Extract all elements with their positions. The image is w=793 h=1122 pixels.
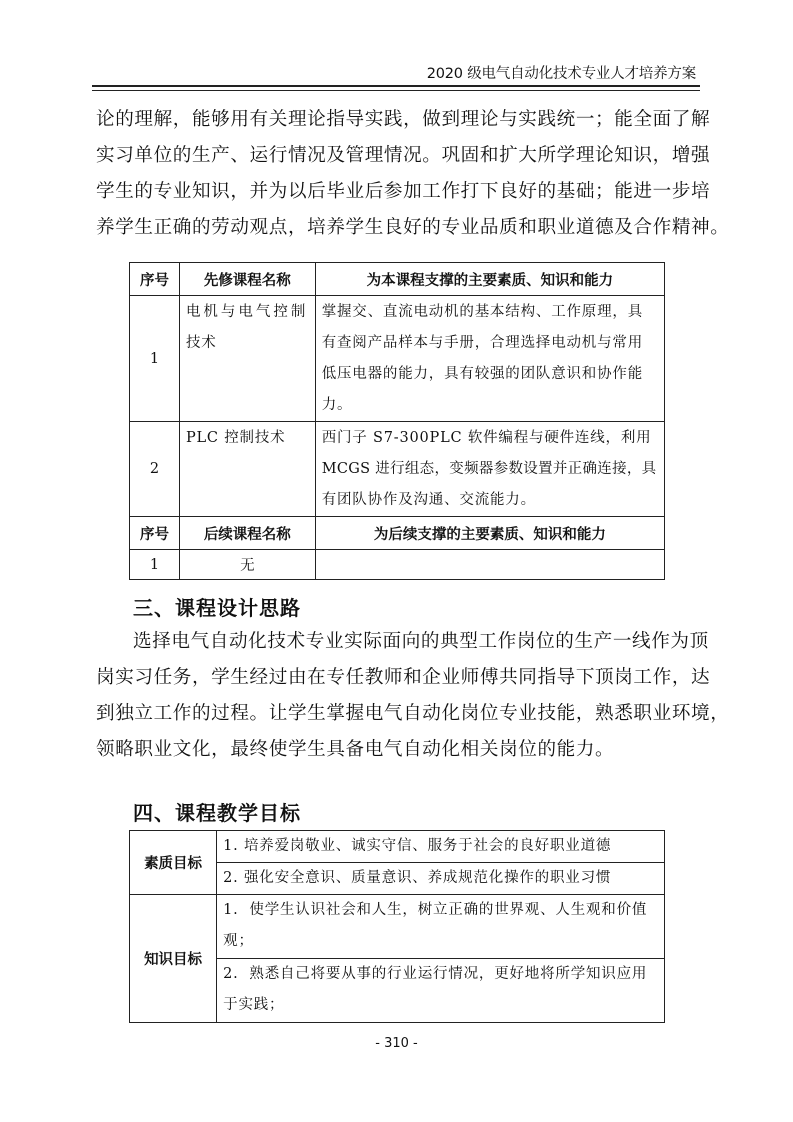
document-title: 2020 级电气自动化技术专业人才培养方案 [427,62,696,83]
support-line: 有团队协作及沟通、交流能力。 [322,485,658,516]
paragraph-line: 领略职业文化，最终使学生具备电气自动化相关岗位的能力。 [96,732,700,768]
paragraph-line: 论的理解，能够用有关理论指导实践，做到理论与实践统一；能全面了解 [96,102,700,138]
header-rule-thin [92,90,700,91]
goal-item-line: 观； [223,926,658,957]
column-header-index: 序号 [130,263,180,296]
page-header: 2020 级电气自动化技术专业人才培养方案 [92,62,700,90]
support-line: 力。 [322,390,658,421]
table-row: 知识目标 1. 使学生认识社会和人生，树立正确的世界观、人生观和价值 观； [130,895,665,959]
support-description: 西门子 S7-300PLC 软件编程与硬件连线，利用 MCGS 进行组态，变频器… [315,422,664,517]
table-row: 2 PLC 控制技术 西门子 S7-300PLC 软件编程与硬件连线，利用 MC… [130,422,665,517]
page-number: - 310 - [0,1036,793,1051]
intro-paragraph: 论的理解，能够用有关理论指导实践，做到理论与实践统一；能全面了解 实习单位的生产… [96,102,700,246]
goal-item: 2. 熟悉自己将要从事的行业运行情况，更好地将所学知识应用 于实践； [217,959,665,1023]
course-support-table: 序号 先修课程名称 为本课程支撑的主要素质、知识和能力 1 电机与电气控制 技术… [129,262,665,580]
course-name-line: 电机与电气控制 [186,297,309,328]
column-header-followup-name: 后续课程名称 [179,517,315,550]
column-header-followup-support: 为后续支撑的主要素质、知识和能力 [315,517,664,550]
table-row: 1 电机与电气控制 技术 掌握交、直流电动机的基本结构、工作原理，具 有查阅产品… [130,296,665,422]
paragraph-line: 实习单位的生产、运行情况及管理情况。巩固和扩大所学理论知识，增强 [96,138,700,174]
goal-item-line: 1. 使学生认识社会和人生，树立正确的世界观、人生观和价值 [223,895,658,926]
goal-item: 1. 培养爱岗敬业、诚实守信、服务于社会的良好职业道德 [217,831,665,863]
course-name-line: 技术 [186,328,309,359]
support-line: 低压电器的能力，具有较强的团队意识和协作能 [322,359,658,390]
section-heading: 三、课程设计思路 [133,592,301,621]
teaching-goals-table: 素质目标 1. 培养爱岗敬业、诚实守信、服务于社会的良好职业道德 2. 强化安全… [129,830,665,1023]
course-name-line: PLC 控制技术 [186,423,309,454]
paragraph-line: 养学生正确的劳动观点，培养学生良好的专业品质和职业道德及合作精神。 [96,210,700,246]
goal-category: 知识目标 [130,895,217,1023]
section-heading: 四、课程教学目标 [133,797,301,826]
goal-item-line: 2. 熟悉自己将要从事的行业运行情况，更好地将所学知识应用 [223,959,658,990]
row-index: 1 [130,296,180,422]
goal-item: 2. 强化安全意识、质量意识、养成规范化操作的职业习惯 [217,863,665,895]
table-row: 1 无 [130,550,665,580]
support-line: 掌握交、直流电动机的基本结构、工作原理，具 [322,297,658,328]
support-line: MCGS 进行组态，变频器参数设置并正确连接，具 [322,454,658,485]
course-name: 电机与电气控制 技术 [179,296,315,422]
support-line: 有查阅产品样本与手册，合理选择电动机与常用 [322,328,658,359]
row-index: 2 [130,422,180,517]
column-header-index: 序号 [130,517,180,550]
paragraph-line: 到独立工作的过程。让学生掌握电气自动化岗位专业技能，熟悉职业环境， [96,696,700,732]
section3-paragraph: 选择电气自动化技术专业实际面向的典型工作岗位的生产一线作为顶 岗实习任务，学生经… [96,624,700,768]
column-header-prereq-name: 先修课程名称 [179,263,315,296]
header-rule [92,85,700,87]
course-name: PLC 控制技术 [179,422,315,517]
paragraph-line: 选择电气自动化技术专业实际面向的典型工作岗位的生产一线作为顶 [96,624,700,660]
row-index: 1 [130,550,180,580]
goal-item-line: 于实践； [223,990,658,1021]
support-description: 掌握交、直流电动机的基本结构、工作原理，具 有查阅产品样本与手册，合理选择电动机… [315,296,664,422]
prereq-header-row: 序号 先修课程名称 为本课程支撑的主要素质、知识和能力 [130,263,665,296]
table-row: 素质目标 1. 培养爱岗敬业、诚实守信、服务于社会的良好职业道德 [130,831,665,863]
paragraph-line: 学生的专业知识，并为以后毕业后参加工作打下良好的基础；能进一步培 [96,174,700,210]
support-line: 西门子 S7-300PLC 软件编程与硬件连线，利用 [322,423,658,454]
column-header-support: 为本课程支撑的主要素质、知识和能力 [315,263,664,296]
paragraph-line: 岗实习任务，学生经过由在专任教师和企业师傅共同指导下顶岗工作，达 [96,660,700,696]
goal-item: 1. 使学生认识社会和人生，树立正确的世界观、人生观和价值 观； [217,895,665,959]
goal-category: 素质目标 [130,831,217,895]
support-description [315,550,664,580]
followup-header-row: 序号 后续课程名称 为后续支撑的主要素质、知识和能力 [130,517,665,550]
course-name: 无 [179,550,315,580]
